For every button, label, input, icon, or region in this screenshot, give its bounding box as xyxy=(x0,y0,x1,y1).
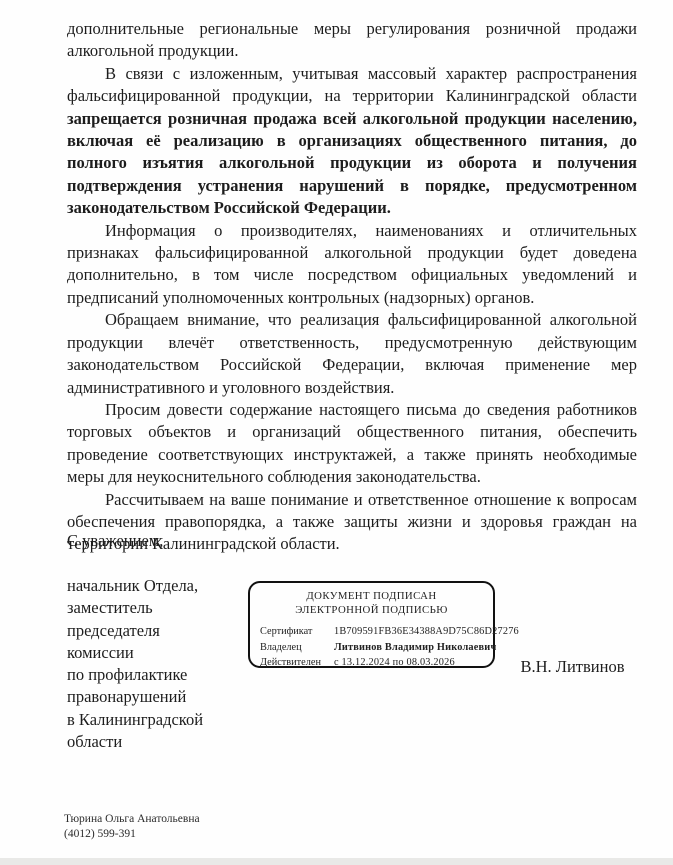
signature-title-line: правонарушений xyxy=(67,686,257,708)
paragraph-text: Информация о производителях, наименовани… xyxy=(67,221,637,307)
signature-title-line: области xyxy=(67,731,257,753)
paragraph: дополнительные региональные меры регулир… xyxy=(67,18,637,63)
document-page: дополнительные региональные меры регулир… xyxy=(0,0,673,865)
footer-contact: Тюрина Ольга Анатольевна (4012) 599-391 xyxy=(64,812,200,842)
stamp-field-label: Сертификат xyxy=(260,624,334,640)
paragraph-text: Просим довести содержание настоящего пис… xyxy=(67,400,637,486)
paragraph-text: дополнительные региональные меры регулир… xyxy=(67,19,637,60)
paragraph: Информация о производителях, наименовани… xyxy=(67,220,637,310)
signature-title-line: по профилактике xyxy=(67,664,257,686)
stamp-fields: Сертификат1B709591FB36E34388A9D75C86D272… xyxy=(260,624,483,671)
stamp-header: ДОКУМЕНТ ПОДПИСАН ЭЛЕКТРОННОЙ ПОДПИСЬЮ xyxy=(260,590,483,617)
stamp-header-line1: ДОКУМЕНТ ПОДПИСАН xyxy=(260,590,483,604)
footer-contact-phone: (4012) 599-391 xyxy=(64,827,200,842)
stamp-field-label: Действителен xyxy=(260,655,334,671)
paragraph: Обращаем внимание, что реализация фальси… xyxy=(67,309,637,399)
stamp-field-value: Литвинов Владимир Николаевич xyxy=(334,642,496,653)
electronic-signature-stamp: ДОКУМЕНТ ПОДПИСАН ЭЛЕКТРОННОЙ ПОДПИСЬЮ С… xyxy=(248,581,495,668)
scan-edge-strip xyxy=(0,858,673,865)
paragraph: В связи с изложенным, учитывая массовый … xyxy=(67,63,637,220)
signature-title-line: комиссии xyxy=(67,642,257,664)
stamp-field-value: с 13.12.2024 по 08.03.2026 xyxy=(334,657,455,668)
footer-contact-name: Тюрина Ольга Анатольевна xyxy=(64,812,200,827)
stamp-field-value: 1B709591FB36E34388A9D75C86D27276 xyxy=(334,626,519,637)
signature-title-line: заместитель xyxy=(67,597,257,619)
signer-name: В.Н. Литвинов xyxy=(500,657,645,677)
paragraph-text-bold: запрещается розничная продажа всей алког… xyxy=(67,109,637,218)
body-paragraphs: дополнительные региональные меры регулир… xyxy=(67,18,637,556)
stamp-field-label: Владелец xyxy=(260,640,334,656)
paragraph-text: В связи с изложенным, учитывая массовый … xyxy=(67,64,637,105)
paragraph: Просим довести содержание настоящего пис… xyxy=(67,399,637,489)
stamp-field-row: Сертификат1B709591FB36E34388A9D75C86D272… xyxy=(260,624,483,640)
stamp-header-line2: ЭЛЕКТРОННОЙ ПОДПИСЬЮ xyxy=(260,604,483,618)
paragraph-text: Обращаем внимание, что реализация фальси… xyxy=(67,310,637,396)
signature-title-line: начальник Отдела, xyxy=(67,575,257,597)
stamp-field-row: Действителенс 13.12.2024 по 08.03.2026 xyxy=(260,655,483,671)
closing-salutation: С уважением, xyxy=(67,531,163,551)
signature-title-line: в Калининградской xyxy=(67,709,257,731)
signature-title-line: председателя xyxy=(67,620,257,642)
signature-title: начальник Отдела,заместительпредседателя… xyxy=(67,575,257,753)
stamp-field-row: ВладелецЛитвинов Владимир Николаевич xyxy=(260,640,483,656)
